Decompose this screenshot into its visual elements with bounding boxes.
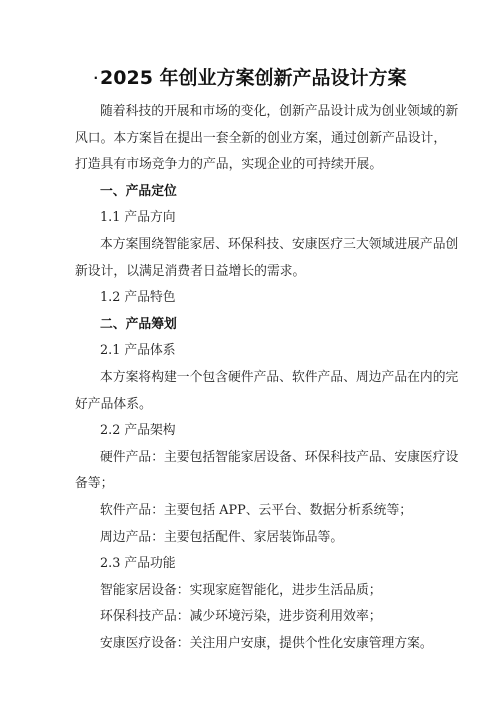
paragraph-line: 安康医疗设备：关注用户安康，提供个性化安康管理方案。 (75, 631, 427, 658)
paragraph-line: 软件产品：主要包括 APP、云平台、数据分析系统等； (75, 498, 427, 525)
section-heading: 一、产品定位 (75, 179, 427, 206)
document-body: 随着科技的开展和市场的变化，创新产品设计成为创业领域的新 风口。本方案旨在提出一… (75, 99, 427, 657)
paragraph-line: 随着科技的开展和市场的变化，创新产品设计成为创业领域的新 (75, 99, 427, 126)
subsection-heading: 2.3 产品功能 (75, 551, 427, 578)
subsection-heading: 2.2 产品架构 (75, 418, 427, 445)
subsection-heading: 2.1 产品体系 (75, 338, 427, 365)
paragraph-line: 风口。本方案旨在提出一套全新的创业方案，通过创新产品设计， (75, 126, 427, 153)
subsection-heading: 1.2 产品特色 (75, 285, 427, 312)
paragraph-line: 周边产品：主要包括配件、家居装饰品等。 (75, 525, 427, 552)
document-page: ·2025 年创业方案创新产品设计方案 随着科技的开展和市场的变化，创新产品设计… (0, 0, 500, 707)
paragraph-line: 备等； (75, 471, 427, 498)
paragraph-line: 环保科技产品：减少环境污染，进步资利用效率； (75, 604, 427, 631)
paragraph-line: 本方案围绕智能家居、环保科技、安康医疗三大领域进展产品创 (75, 232, 427, 259)
title-text: 2025 年创业方案创新产品设计方案 (100, 67, 407, 89)
paragraph-line: 硬件产品：主要包括智能家居设备、环保科技产品、安康医疗设 (75, 445, 427, 472)
subsection-heading: 1.1 产品方向 (75, 205, 427, 232)
paragraph-line: 新设计，以满足消费者日益增长的需求。 (75, 259, 427, 286)
paragraph-line: 打造具有市场竞争力的产品，实现企业的可持续开展。 (75, 152, 427, 179)
title-bullet: · (93, 71, 98, 85)
paragraph-line: 好产品体系。 (75, 392, 427, 419)
section-heading: 二、产品筹划 (75, 312, 427, 339)
paragraph-line: 本方案将构建一个包含硬件产品、软件产品、周边产品在内的完 (75, 365, 427, 392)
paragraph-line: 智能家居设备：实现家庭智能化，进步生活品质； (75, 578, 427, 605)
document-title: ·2025 年创业方案创新产品设计方案 (0, 64, 500, 92)
